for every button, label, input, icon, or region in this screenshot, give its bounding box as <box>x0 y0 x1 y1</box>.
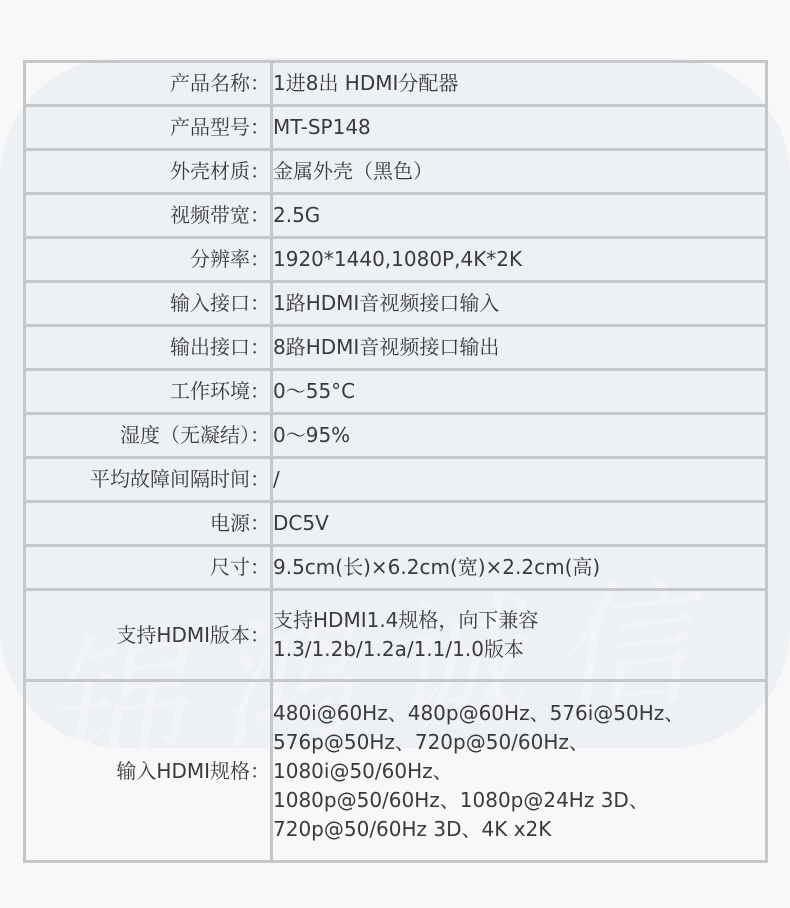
spec-label: 尺寸： <box>25 546 272 590</box>
spec-label: 视频带宽： <box>25 194 272 238</box>
table-row: 尺寸： 9.5cm(长)×6.2cm(宽)×2.2cm(高) <box>25 546 767 590</box>
spec-value: 金属外壳（黑色） <box>272 150 767 194</box>
spec-label: 产品名称： <box>25 62 272 106</box>
spec-value: 1进8出 HDMI分配器 <box>272 62 767 106</box>
table-row: 外壳材质： 金属外壳（黑色） <box>25 150 767 194</box>
spec-label: 输入HDMI规格： <box>25 681 272 862</box>
spec-value: 8路HDMI音视频接口输出 <box>272 326 767 370</box>
table-row: 产品型号： MT-SP148 <box>25 106 767 150</box>
spec-label: 输出接口： <box>25 326 272 370</box>
spec-label: 工作环境： <box>25 370 272 414</box>
table-row: 湿度（无凝结）： 0～95% <box>25 414 767 458</box>
spec-value: 480i@60Hz、480p@60Hz、576i@50Hz、 576p@50Hz… <box>272 681 767 862</box>
table-row: 工作环境： 0～55°C <box>25 370 767 414</box>
table-row: 平均故障间隔时间： / <box>25 458 767 502</box>
spec-table: 产品名称： 1进8出 HDMI分配器 产品型号： MT-SP148 外壳材质： … <box>23 60 768 863</box>
spec-label: 外壳材质： <box>25 150 272 194</box>
table-row: 视频带宽： 2.5G <box>25 194 767 238</box>
table-row: 输入HDMI规格： 480i@60Hz、480p@60Hz、576i@50Hz、… <box>25 681 767 862</box>
spec-value: 1路HDMI音视频接口输入 <box>272 282 767 326</box>
spec-value: 0～55°C <box>272 370 767 414</box>
spec-value: / <box>272 458 767 502</box>
spec-label: 分辨率： <box>25 238 272 282</box>
spec-value: 1920*1440,1080P,4K*2K <box>272 238 767 282</box>
spec-value: MT-SP148 <box>272 106 767 150</box>
spec-label: 电源： <box>25 502 272 546</box>
spec-label: 湿度（无凝结）： <box>25 414 272 458</box>
table-row: 输出接口： 8路HDMI音视频接口输出 <box>25 326 767 370</box>
table-row: 分辨率： 1920*1440,1080P,4K*2K <box>25 238 767 282</box>
spec-label: 支持HDMI版本： <box>25 590 272 681</box>
table-row: 输入接口： 1路HDMI音视频接口输入 <box>25 282 767 326</box>
table-row: 支持HDMI版本： 支持HDMI1.4规格，向下兼容 1.3/1.2b/1.2a… <box>25 590 767 681</box>
spec-value: 0～95% <box>272 414 767 458</box>
spec-value: 9.5cm(长)×6.2cm(宽)×2.2cm(高) <box>272 546 767 590</box>
spec-value: DC5V <box>272 502 767 546</box>
table-row: 产品名称： 1进8出 HDMI分配器 <box>25 62 767 106</box>
table-row: 电源： DC5V <box>25 502 767 546</box>
spec-label: 输入接口： <box>25 282 272 326</box>
spec-value: 支持HDMI1.4规格，向下兼容 1.3/1.2b/1.2a/1.1/1.0版本 <box>272 590 767 681</box>
spec-label: 平均故障间隔时间： <box>25 458 272 502</box>
spec-value: 2.5G <box>272 194 767 238</box>
spec-label: 产品型号： <box>25 106 272 150</box>
